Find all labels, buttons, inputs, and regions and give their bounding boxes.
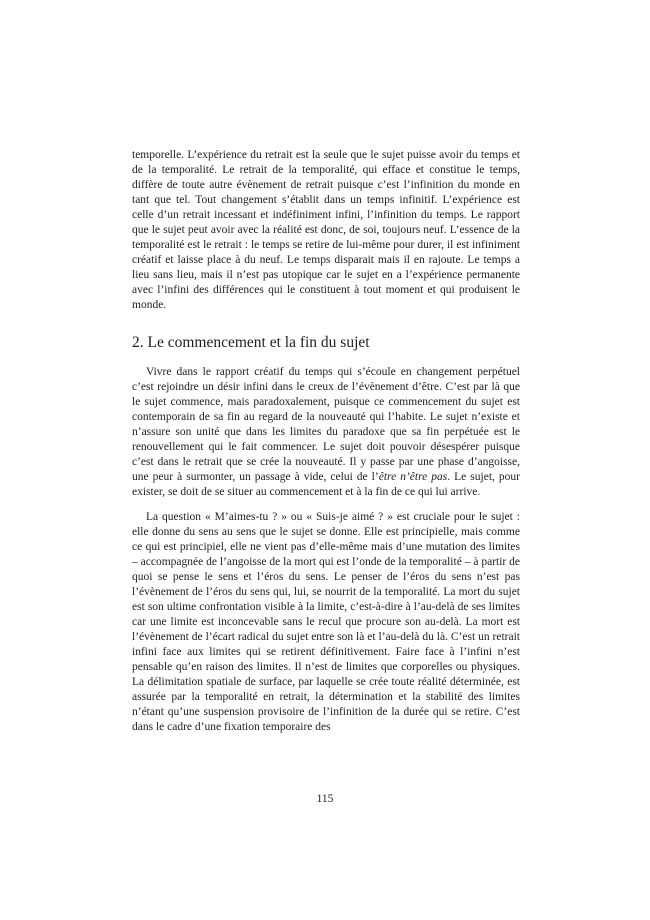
section-heading: 2. Le commencement et la fin du sujet	[132, 333, 520, 352]
paragraph-text-before-italic: Vivre dans le rapport créatif du temps q…	[132, 366, 520, 483]
document-page: temporelle. L’expérience du retrait est …	[0, 0, 650, 920]
italic-phrase: être n’être pas	[379, 471, 448, 483]
paragraph-continuation: temporelle. L’expérience du retrait est …	[132, 148, 520, 313]
paragraph-vivre: Vivre dans le rapport créatif du temps q…	[132, 365, 520, 500]
page-number: 115	[0, 792, 650, 806]
paragraph-question: La question « M’aimes-tu ? » ou « Suis-j…	[132, 510, 520, 735]
page-body: temporelle. L’expérience du retrait est …	[132, 148, 520, 735]
